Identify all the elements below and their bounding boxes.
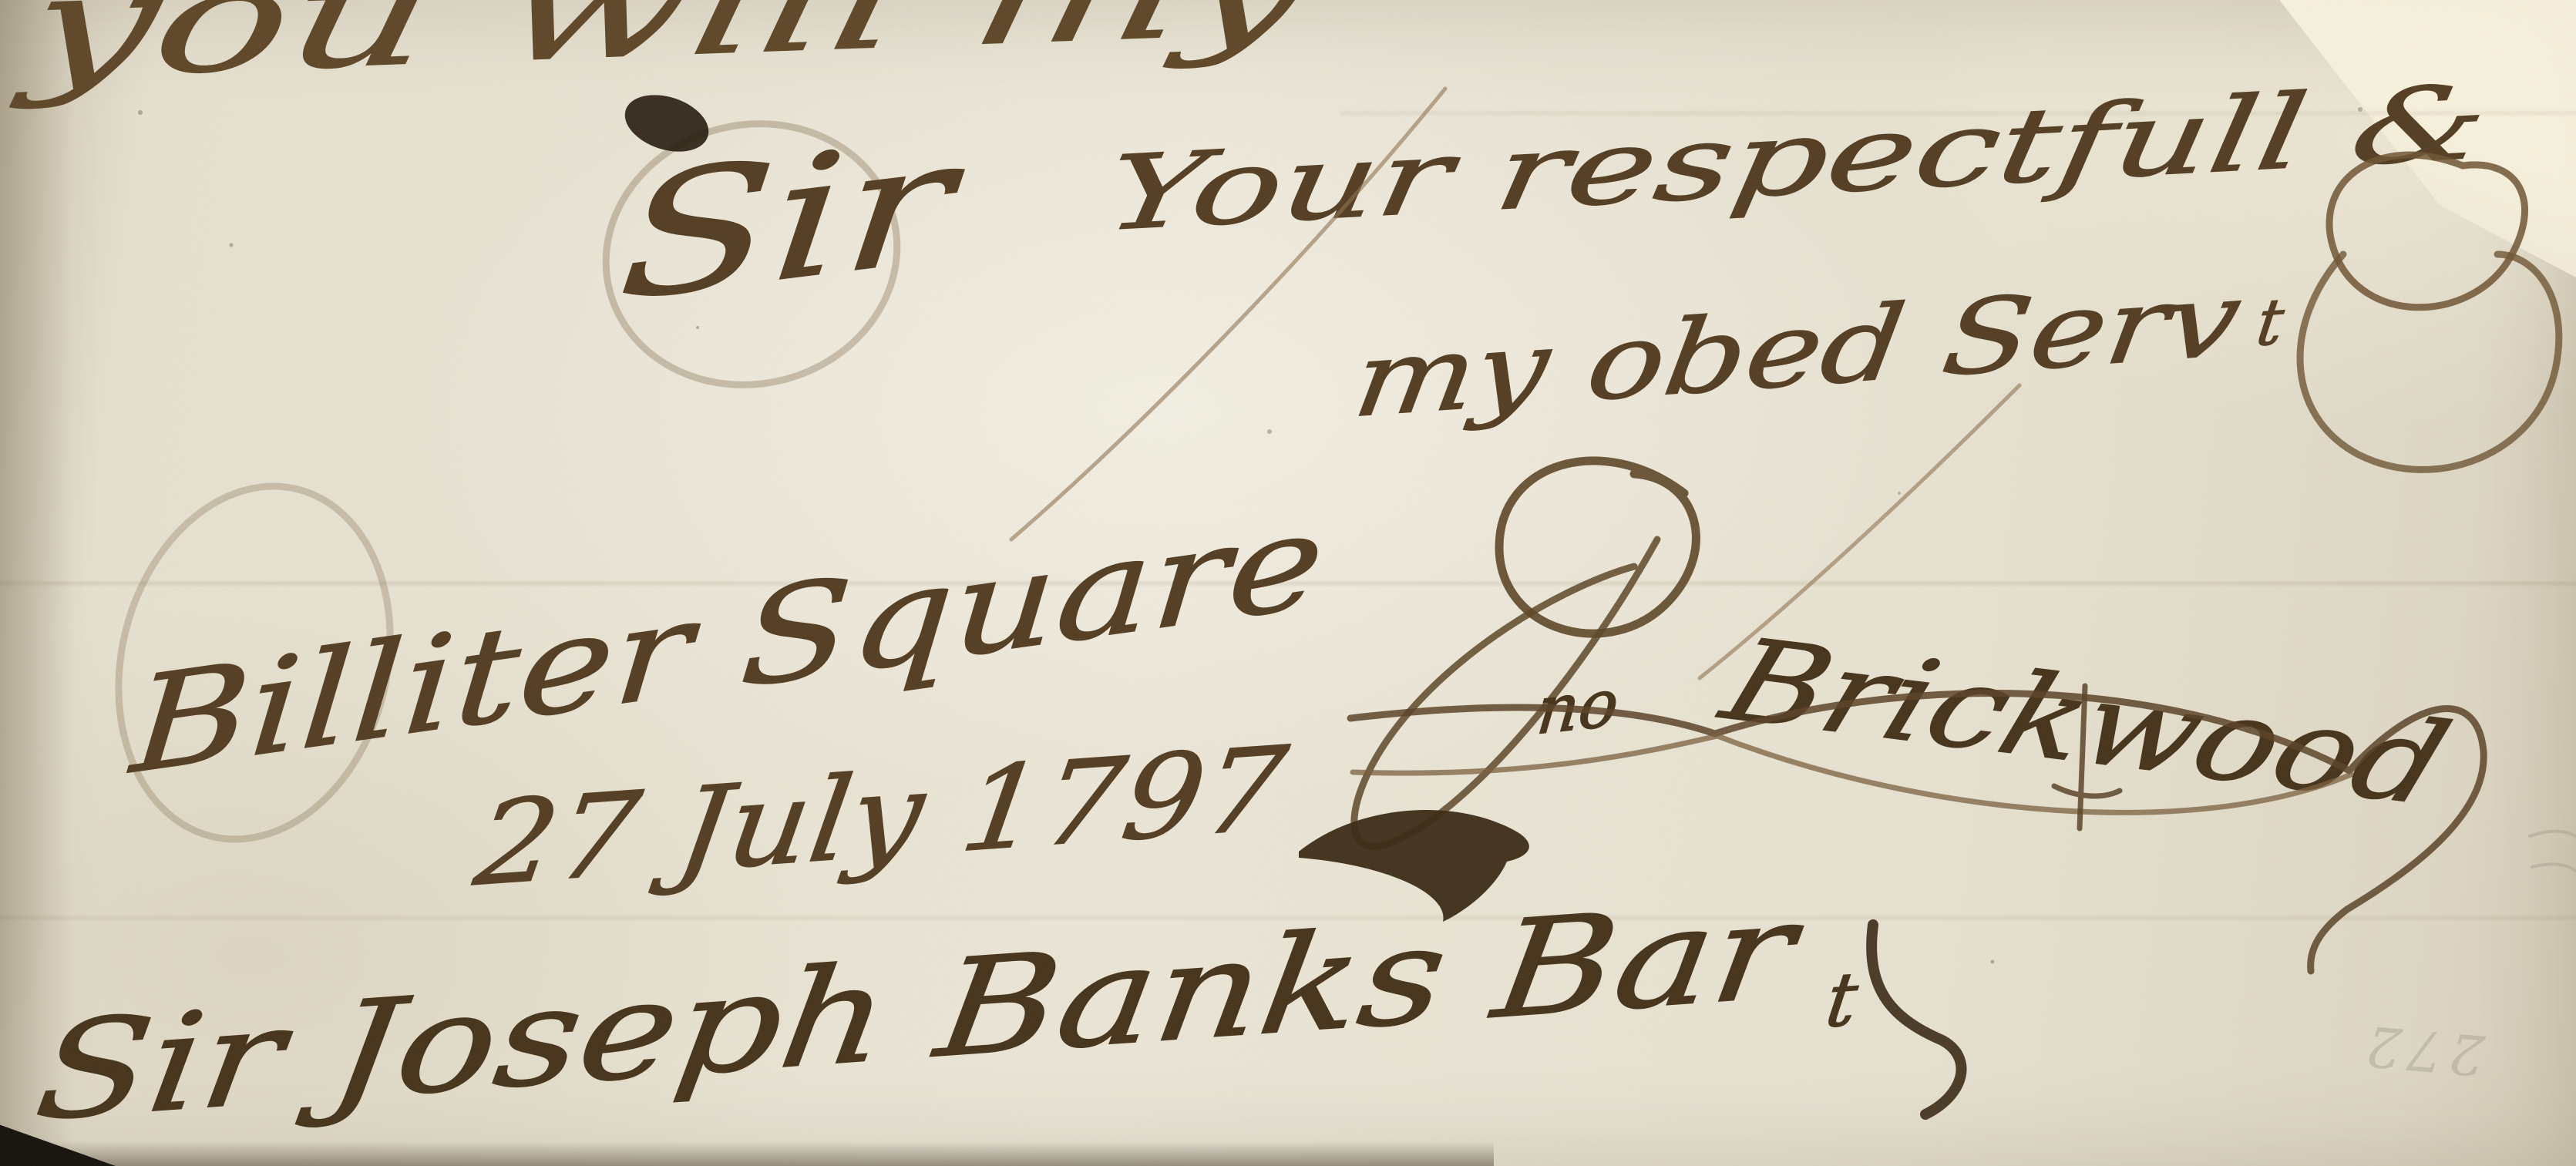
paper-grain bbox=[0, 0, 2576, 1166]
manuscript-photo: you will my Sir Your respectfull & my ob… bbox=[0, 0, 2576, 1166]
handwriting-layer: you will my Sir Your respectfull & my ob… bbox=[0, 0, 2576, 1166]
